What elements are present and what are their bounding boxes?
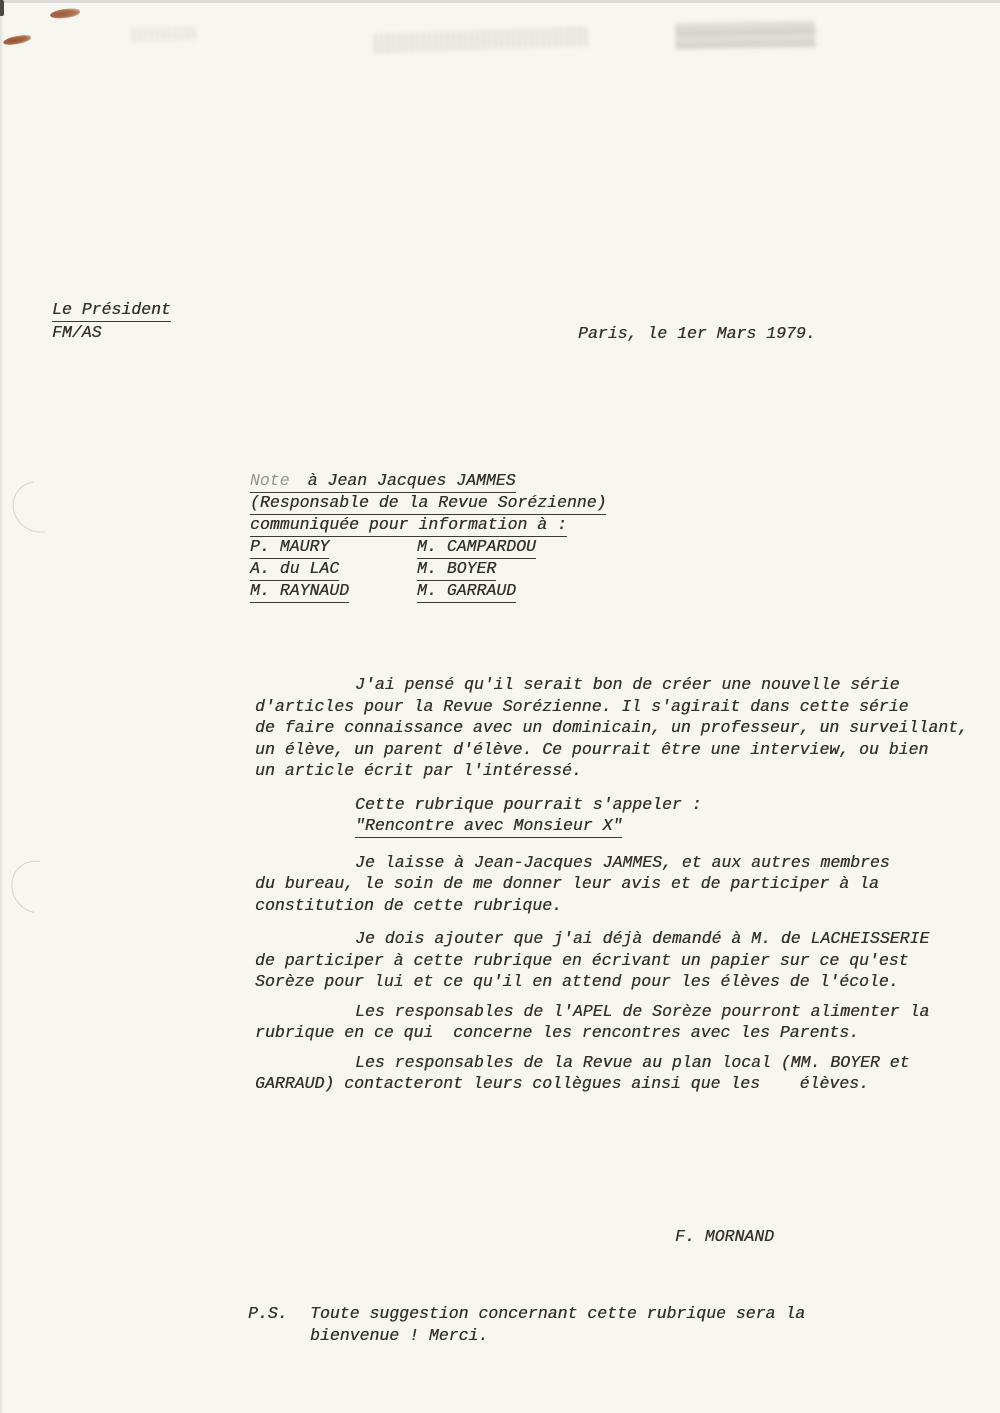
letter-body: J'ai pensé qu'il serait bon de créer une… — [255, 674, 1000, 1103]
red-pen-mark — [3, 34, 32, 47]
paragraph: Je laisse à Jean-Jacques JAMMES, et aux … — [255, 852, 1000, 917]
rubric-intro: Cette rubrique pourrait s'appeler : — [355, 794, 1000, 816]
cc-name: A. du LAC — [250, 558, 339, 581]
cc-row: A. du LACM. BOYER — [250, 558, 606, 580]
paragraph: J'ai pensé qu'il serait bon de créer une… — [255, 674, 1000, 782]
paragraph: Je dois ajouter que j'ai déjà demandé à … — [255, 928, 1000, 993]
sender-block: Le Président FM/AS — [52, 299, 171, 343]
cc-name: M. CAMPARDOU — [417, 536, 536, 559]
sender-title: Le Président — [52, 299, 171, 322]
paragraph: Les responsables de la Revue au plan loc… — [255, 1052, 1000, 1095]
punch-hole-shadow — [3, 471, 76, 543]
cc-intro: communiquée pour information à : — [250, 514, 567, 537]
note-label: Note — [250, 471, 290, 490]
rubric-title-line: "Rencontre avec Monsieur X" — [355, 815, 1000, 838]
rubric-title: "Rencontre avec Monsieur X" — [355, 815, 622, 838]
recipient-role: (Responsable de la Revue Sorézienne) — [250, 492, 606, 515]
ink-smudge — [132, 26, 198, 42]
sender-reference: FM/AS — [52, 322, 171, 344]
ink-smudge — [374, 26, 589, 53]
punch-hole-shadow — [1, 851, 73, 924]
note-recipient-line: Noteà Jean Jacques JAMMES — [250, 470, 606, 492]
cc-row: P. MAURYM. CAMPARDOU — [250, 536, 606, 558]
signature: F. MORNAND — [675, 1226, 774, 1248]
rubric-block: Cette rubrique pourrait s'appeler : "Ren… — [355, 794, 1000, 838]
red-pen-mark — [50, 7, 81, 19]
cc-name: P. MAURY — [250, 536, 329, 559]
ink-smudge — [676, 21, 816, 49]
sender-title-line: Le Président — [52, 299, 171, 322]
scan-top-edge — [0, 0, 1000, 3]
paragraph: Les responsables de l'APEL de Sorèze pou… — [255, 1001, 1000, 1044]
note-block: Noteà Jean Jacques JAMMES (Responsable d… — [250, 470, 606, 602]
postscript-text: Toute suggestion concernant cette rubriq… — [310, 1303, 805, 1346]
dateline: Paris, le 1er Mars 1979. — [578, 323, 816, 345]
postscript-label: P.S. — [248, 1303, 310, 1346]
recipient-role-line: (Responsable de la Revue Sorézienne) — [250, 492, 606, 514]
scanned-letter-page: Le Président FM/AS Paris, le 1er Mars 19… — [0, 0, 1000, 1413]
note-recipient: à Jean Jacques JAMMES — [308, 471, 516, 490]
scan-corner-mark — [0, 0, 4, 16]
scan-left-edge — [0, 0, 4, 1413]
postscript-block: P.S. Toute suggestion concernant cette r… — [248, 1303, 805, 1346]
cc-name: M. BOYER — [417, 558, 496, 581]
cc-intro-line: communiquée pour information à : — [250, 514, 606, 536]
cc-name: M. RAYNAUD — [250, 580, 349, 603]
cc-name: M. GARRAUD — [417, 580, 516, 603]
cc-row: M. RAYNAUDM. GARRAUD — [250, 580, 606, 602]
